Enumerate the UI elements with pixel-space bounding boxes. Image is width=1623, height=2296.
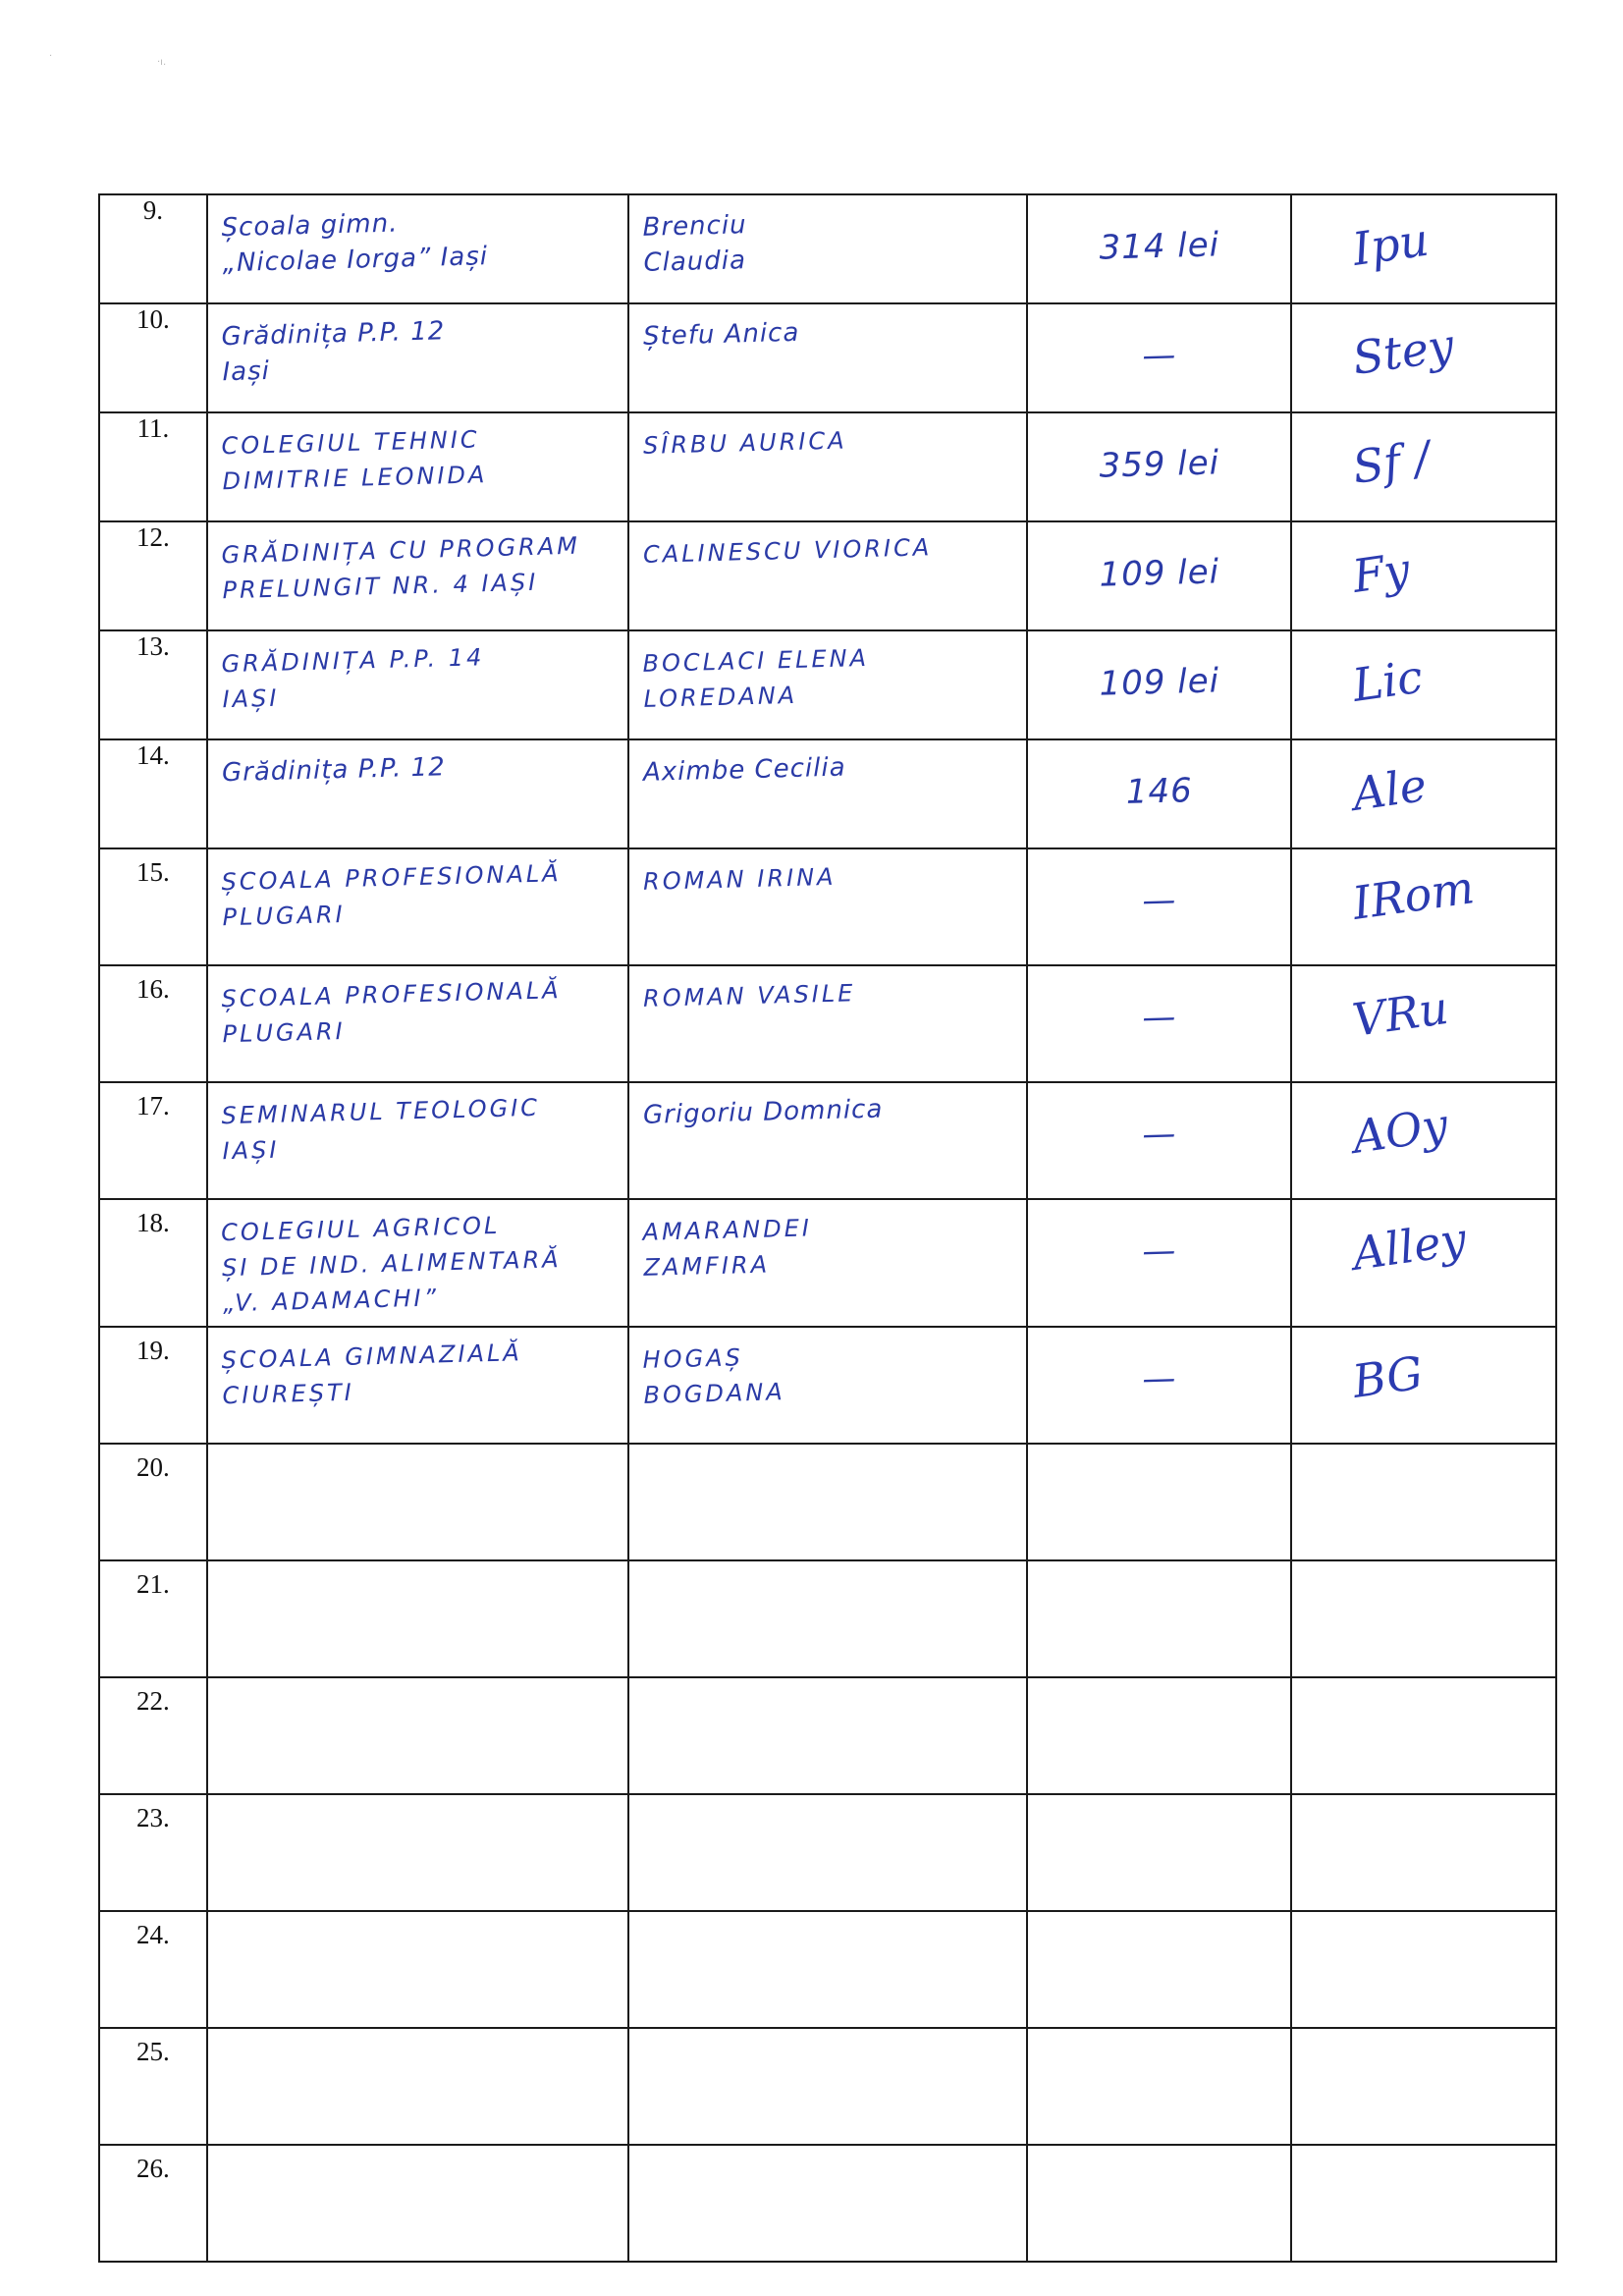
signature-cell (1291, 1677, 1556, 1794)
name-cell (628, 2028, 1027, 2145)
name-text: Ștefu Anica (628, 300, 1026, 365)
institution-cell: Grădinița P.P. 12 (207, 739, 628, 848)
row-number: 23. (99, 1794, 207, 1911)
signature-mark: Ipu (1288, 178, 1558, 285)
name-cell: Aximbe Cecilia (628, 739, 1027, 848)
name-cell: Grigoriu Domnica (628, 1082, 1027, 1199)
table-row: 21. (99, 1560, 1556, 1677)
institution-cell: ȘCOALA PROFESIONALĂ PLUGARI (207, 848, 628, 965)
name-cell: BOCLACI ELENA LOREDANA (628, 630, 1027, 739)
name-cell (628, 2145, 1027, 2262)
name-cell (628, 1677, 1027, 1794)
scan-speck: ·ı. (157, 57, 166, 68)
signature-cell: VRu (1291, 965, 1556, 1082)
row-number: 15. (99, 848, 207, 965)
row-number: 20. (99, 1444, 207, 1560)
name-text (629, 1673, 1026, 1704)
table-row: 22. (99, 1677, 1556, 1794)
name-text: ROMAN VASILE (628, 961, 1026, 1027)
name-cell: Ștefu Anica (628, 303, 1027, 412)
institution-text (208, 1439, 628, 1469)
institution-cell (207, 1444, 628, 1560)
institution-cell: SEMINARUL TEOLOGIC IAȘI (207, 1082, 628, 1199)
amount-cell (1027, 2145, 1291, 2262)
institution-text: COLEGIUL AGRICOL ȘI DE IND. ALIMENTARĂ „… (206, 1194, 628, 1331)
institution-text: Grădinița P.P. 12 Iași (207, 299, 628, 400)
name-cell (628, 1560, 1027, 1677)
name-text: Aximbe Cecilia (628, 736, 1026, 801)
name-text (629, 1790, 1026, 1821)
row-number: 16. (99, 965, 207, 1082)
row-number: 17. (99, 1082, 207, 1199)
signature-cell: Sf / (1291, 412, 1556, 521)
amount-cell (1027, 1560, 1291, 1677)
institution-text (208, 2023, 628, 2053)
row-number: 25. (99, 2028, 207, 2145)
signature-cell: AOy (1291, 1082, 1556, 1199)
row-number: 26. (99, 2145, 207, 2262)
amount-cell (1027, 1444, 1291, 1560)
row-number: 21. (99, 1560, 207, 1677)
institution-cell (207, 1911, 628, 2028)
signature-cell: Stey (1291, 303, 1556, 412)
amount-cell (1027, 1677, 1291, 1794)
institution-text: SEMINARUL TEOLOGIC IAȘI (207, 1077, 628, 1178)
table-row: 18. COLEGIUL AGRICOL ȘI DE IND. ALIMENTA… (99, 1199, 1556, 1327)
name-text: CALINESCU VIORICA (628, 518, 1026, 583)
signature-cell (1291, 2028, 1556, 2145)
name-text: Brenciu Claudia (628, 191, 1027, 292)
institution-text (208, 1906, 628, 1937)
amount-cell: — (1027, 965, 1291, 1082)
amount-text: — (1027, 963, 1291, 1049)
amount-text: 109 lei (1027, 519, 1291, 605)
amount-text: — (1027, 1080, 1291, 1166)
institution-cell (207, 1677, 628, 1794)
name-cell (628, 1794, 1027, 1911)
institution-cell (207, 1794, 628, 1911)
amount-cell: — (1027, 303, 1291, 412)
name-cell: ROMAN IRINA (628, 848, 1027, 965)
amount-text (1027, 1675, 1290, 1725)
institution-text (208, 1789, 628, 1820)
institution-cell: GRĂDINIȚA P.P. 14 IAȘI (207, 630, 628, 739)
institution-text (208, 1556, 628, 1586)
amount-text (1027, 2026, 1290, 2076)
table-row: 19. ȘCOALA GIMNAZIALĂ CIUREȘTI HOGAȘ BOG… (99, 1327, 1556, 1444)
name-text (629, 1557, 1026, 1587)
name-cell: Brenciu Claudia (628, 194, 1027, 303)
name-cell: SÎRBU AURICA (628, 412, 1027, 521)
amount-text (1027, 1909, 1290, 1959)
institution-cell (207, 2145, 628, 2262)
name-text: AMARANDEI ZAMFIRA (628, 1195, 1027, 1296)
institution-text: Grădinița P.P. 12 (207, 735, 627, 800)
signature-cell: BG (1291, 1327, 1556, 1444)
amount-text: — (1027, 847, 1291, 932)
signature-cell (1291, 1794, 1556, 1911)
institution-text: ȘCOALA GIMNAZIALĂ CIUREȘTI (207, 1322, 628, 1423)
signature-cell: Lic (1291, 630, 1556, 739)
institution-cell: COLEGIUL AGRICOL ȘI DE IND. ALIMENTARĂ „… (207, 1199, 628, 1327)
amount-cell (1027, 1794, 1291, 1911)
table-row: 26. (99, 2145, 1556, 2262)
institution-cell: COLEGIUL TEHNIC DIMITRIE LEONIDA (207, 412, 628, 521)
signature-cell: Ipu (1291, 194, 1556, 303)
amount-text (1027, 1558, 1290, 1609)
signature-cell (1291, 1911, 1556, 2028)
name-text (629, 2024, 1026, 2054)
amount-text: 359 lei (1027, 410, 1291, 496)
row-number: 24. (99, 1911, 207, 2028)
amount-text (1027, 1442, 1290, 1492)
amount-text: 109 lei (1027, 629, 1291, 714)
institution-text (208, 1672, 628, 1703)
table-row: 13. GRĂDINIȚA P.P. 14 IAȘI BOCLACI ELENA… (99, 630, 1556, 739)
name-cell (628, 1911, 1027, 2028)
scan-speck: · (49, 51, 52, 62)
row-number: 11. (99, 412, 207, 521)
name-text: Grigoriu Domnica (628, 1078, 1026, 1144)
signature-cell: Ale (1291, 739, 1556, 848)
row-number: 13. (99, 630, 207, 739)
amount-cell: 146 (1027, 739, 1291, 848)
signature-cell: Alley (1291, 1199, 1556, 1327)
institution-cell: ȘCOALA PROFESIONALĂ PLUGARI (207, 965, 628, 1082)
institution-text: Școala gimn. „Nicolae Iorga” Iași (207, 190, 628, 291)
amount-text (1027, 1792, 1290, 1842)
row-number: 10. (99, 303, 207, 412)
institution-text (208, 2140, 628, 2170)
row-number: 22. (99, 1677, 207, 1794)
institution-cell: Școala gimn. „Nicolae Iorga” Iași (207, 194, 628, 303)
table-row: 10. Grădinița P.P. 12 Iași Ștefu Anica —… (99, 303, 1556, 412)
table-row: 9. Școala gimn. „Nicolae Iorga” Iași Bre… (99, 194, 1556, 303)
institution-cell: GRĂDINIȚA CU PROGRAM PRELUNGIT NR. 4 IAȘ… (207, 521, 628, 630)
amount-cell: — (1027, 1082, 1291, 1199)
amount-cell: 314 lei (1027, 194, 1291, 303)
amount-cell: — (1027, 1327, 1291, 1444)
table-row: 23. (99, 1794, 1556, 1911)
amount-text: — (1027, 301, 1291, 387)
name-cell: CALINESCU VIORICA (628, 521, 1027, 630)
signature-cell (1291, 1560, 1556, 1677)
table-row: 16. ȘCOALA PROFESIONALĂ PLUGARI ROMAN VA… (99, 965, 1556, 1082)
table-row: 25. (99, 2028, 1556, 2145)
institution-cell (207, 2028, 628, 2145)
signature-cell: Fy (1291, 521, 1556, 630)
institution-text: COLEGIUL TEHNIC DIMITRIE LEONIDA (207, 408, 628, 509)
amount-text (1027, 2143, 1290, 2193)
institution-text: GRĂDINIȚA P.P. 14 IAȘI (207, 626, 628, 727)
row-number: 12. (99, 521, 207, 630)
name-cell (628, 1444, 1027, 1560)
name-text: SÎRBU AURICA (628, 409, 1026, 474)
row-number: 19. (99, 1327, 207, 1444)
signature-cell (1291, 2145, 1556, 2262)
name-text: BOCLACI ELENA LOREDANA (628, 627, 1027, 728)
table-row: 11. COLEGIUL TEHNIC DIMITRIE LEONIDA SÎR… (99, 412, 1556, 521)
amount-cell: 359 lei (1027, 412, 1291, 521)
name-text (629, 1440, 1026, 1470)
amount-cell (1027, 1911, 1291, 2028)
table-row: 17. SEMINARUL TEOLOGIC IAȘI Grigoriu Dom… (99, 1082, 1556, 1199)
institution-text: ȘCOALA PROFESIONALĂ PLUGARI (207, 960, 628, 1062)
name-text (629, 1907, 1026, 1938)
amount-cell: 109 lei (1027, 630, 1291, 739)
signature-cell: IRom (1291, 848, 1556, 965)
signature-cell (1291, 1444, 1556, 1560)
name-cell: AMARANDEI ZAMFIRA (628, 1199, 1027, 1327)
row-number: 9. (99, 194, 207, 303)
institution-cell (207, 1560, 628, 1677)
row-number: 14. (99, 739, 207, 848)
amount-text: 314 lei (1027, 192, 1291, 278)
row-number: 18. (99, 1199, 207, 1327)
institution-text: GRĂDINIȚA CU PROGRAM PRELUNGIT NR. 4 IAȘ… (207, 517, 628, 618)
amount-cell: — (1027, 1199, 1291, 1327)
table-row: 12. GRĂDINIȚA CU PROGRAM PRELUNGIT NR. 4… (99, 521, 1556, 630)
scanned-page: · ·ı. 9. Școala gimn. „Nicolae Iorga” Ia… (0, 0, 1623, 2296)
table-row: 24. (99, 1911, 1556, 2028)
table-body: 9. Școala gimn. „Nicolae Iorga” Iași Bre… (99, 194, 1556, 2262)
name-cell: HOGAȘ BOGDANA (628, 1327, 1027, 1444)
institution-cell: ȘCOALA GIMNAZIALĂ CIUREȘTI (207, 1327, 628, 1444)
amount-cell (1027, 2028, 1291, 2145)
table-row: 14. Grădinița P.P. 12 Aximbe Cecilia 146… (99, 739, 1556, 848)
name-text (629, 2141, 1026, 2171)
amount-cell: — (1027, 848, 1291, 965)
signature-table: 9. Școala gimn. „Nicolae Iorga” Iași Bre… (98, 193, 1557, 2263)
name-text: HOGAȘ BOGDANA (628, 1323, 1027, 1424)
amount-cell: 109 lei (1027, 521, 1291, 630)
institution-text: ȘCOALA PROFESIONALĂ PLUGARI (207, 844, 628, 945)
table-row: 20. (99, 1444, 1556, 1560)
name-cell: ROMAN VASILE (628, 965, 1027, 1082)
amount-text: 146 (1027, 738, 1291, 823)
institution-cell: Grădinița P.P. 12 Iași (207, 303, 628, 412)
name-text: ROMAN IRINA (628, 845, 1026, 910)
table-row: 15. ȘCOALA PROFESIONALĂ PLUGARI ROMAN IR… (99, 848, 1556, 965)
amount-text: — (1027, 1325, 1291, 1410)
amount-text: — (1027, 1197, 1291, 1283)
